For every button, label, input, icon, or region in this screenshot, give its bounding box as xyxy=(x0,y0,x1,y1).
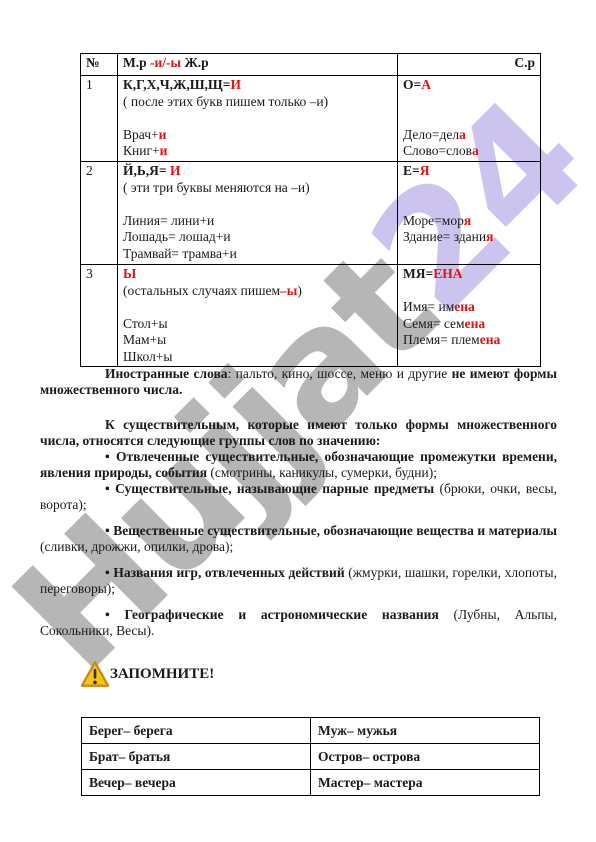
table-row: 1 К,Г,Х,Ч,Ж,Ш,Щ=И ( после этих букв пише… xyxy=(81,76,541,162)
bullet-paired-objects: • Существительные, называющие парные пре… xyxy=(40,481,557,513)
bullet-substances: • Вещественные существительные, обознача… xyxy=(40,523,557,555)
remember-heading: ЗАПОМНИТЕ! xyxy=(80,660,214,688)
rule-cell-masc-fem: К,Г,Х,Ч,Ж,Ш,Щ=И ( после этих букв пишем … xyxy=(118,76,398,162)
bullet-geographic-names: • Географические и астрономические назва… xyxy=(40,607,557,639)
table-header-row: № М.р -и/-ы Ж.р С.р xyxy=(81,54,541,76)
exception-cell: Вечер– вечера xyxy=(82,770,311,796)
row-number: 3 xyxy=(81,265,118,367)
header-cell-masc-fem: М.р -и/-ы Ж.р xyxy=(118,54,398,76)
exceptions-table: Берег– берега Муж– мужья Брат– братья Ос… xyxy=(81,717,540,796)
row-number: 2 xyxy=(81,162,118,265)
exception-cell: Остров– острова xyxy=(311,744,540,770)
rule-cell-neuter: Е=Я Море=моря Здание= здания xyxy=(398,162,541,265)
table-row: 2 Й,Ь,Я= И ( эти три буквы меняются на –… xyxy=(81,162,541,265)
table-row: Брат– братья Остров– острова xyxy=(82,744,540,770)
bullet-games-actions: • Названия игр, отвлеченных действий (жм… xyxy=(40,565,557,597)
row-number: 1 xyxy=(81,76,118,162)
rule-cell-masc-fem: Й,Ь,Я= И ( эти три буквы меняются на –и)… xyxy=(118,162,398,265)
bullet-abstract-nouns: • Отвлеченные существительные, обозначаю… xyxy=(40,449,557,481)
table-row: Берег– берега Муж– мужья xyxy=(82,718,540,744)
paragraph-foreign-words: Иностранные слова: пальто, кино, шоссе, … xyxy=(40,366,557,398)
rule-cell-neuter: МЯ=ЕНА Имя= имена Семя= семена Племя= пл… xyxy=(398,265,541,367)
table-row: Вечер– вечера Мастер– мастера xyxy=(82,770,540,796)
paragraph-plural-only-intro: К существительным, которые имеют только … xyxy=(40,417,557,449)
rule-cell-masc-fem: Ы (остальных случаях пишем–ы) Стол+ы Мам… xyxy=(118,265,398,367)
document-page: Hujjat24 № М.р -и/-ы Ж.р С.р 1 К,Г,Х,Ч,Ж… xyxy=(0,0,596,842)
page-content: № М.р -и/-ы Ж.р С.р 1 К,Г,Х,Ч,Ж,Ш,Щ=И ( … xyxy=(0,0,596,842)
table-row: 3 Ы (остальных случаях пишем–ы) Стол+ы М… xyxy=(81,265,541,367)
header-cell-neuter: С.р xyxy=(398,54,541,76)
rule-cell-neuter: О=А Дело=дела Слово=слова xyxy=(398,76,541,162)
remember-label: ЗАПОМНИТЕ! xyxy=(110,666,214,683)
exception-cell: Берег– берега xyxy=(82,718,311,744)
exception-cell: Муж– мужья xyxy=(311,718,540,744)
header-cell-number: № xyxy=(81,54,118,76)
exception-cell: Мастер– мастера xyxy=(311,770,540,796)
body-text-block: Иностранные слова: пальто, кино, шоссе, … xyxy=(40,366,557,639)
exception-cell: Брат– братья xyxy=(82,744,311,770)
warning-triangle-icon xyxy=(80,660,110,688)
endings-rules-table: № М.р -и/-ы Ж.р С.р 1 К,Г,Х,Ч,Ж,Ш,Щ=И ( … xyxy=(80,53,541,367)
